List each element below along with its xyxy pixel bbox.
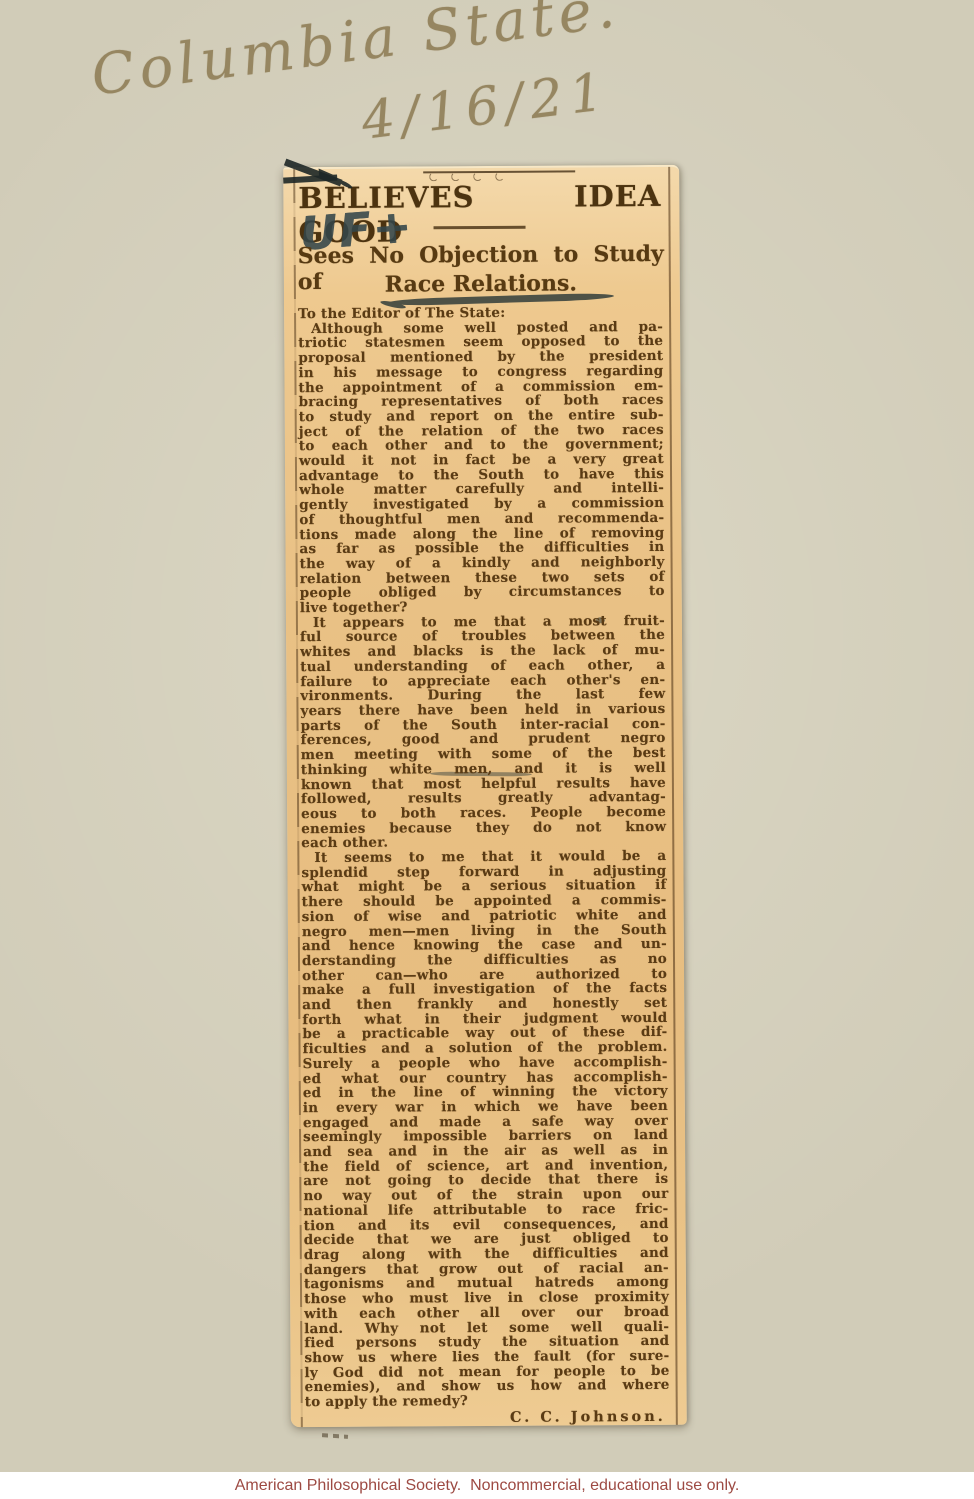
article-body: To the Editor of The State: Although som… bbox=[298, 305, 670, 1427]
footer-credit-text: American Philosophical Society. Noncomme… bbox=[235, 1477, 740, 1494]
body-line: people obliged by circumstances to bbox=[300, 584, 665, 601]
paragraphs: Although some well posted and pa-triotic… bbox=[298, 320, 670, 1410]
body-line: enemies), and show us how and where bbox=[305, 1378, 670, 1395]
body-line: enemies because they do not know bbox=[301, 820, 666, 837]
top-ornament-rule bbox=[423, 170, 575, 173]
signature: C. C. Johnson. bbox=[305, 1410, 670, 1427]
right-column-rule bbox=[668, 167, 678, 1425]
footer-band: American Philosophical Society. Noncomme… bbox=[0, 1472, 974, 1499]
headline-divider bbox=[434, 226, 526, 230]
newspaper-clipping: BELIEVES IDEA GOOD UF+ Sees No Objection… bbox=[283, 165, 687, 1427]
